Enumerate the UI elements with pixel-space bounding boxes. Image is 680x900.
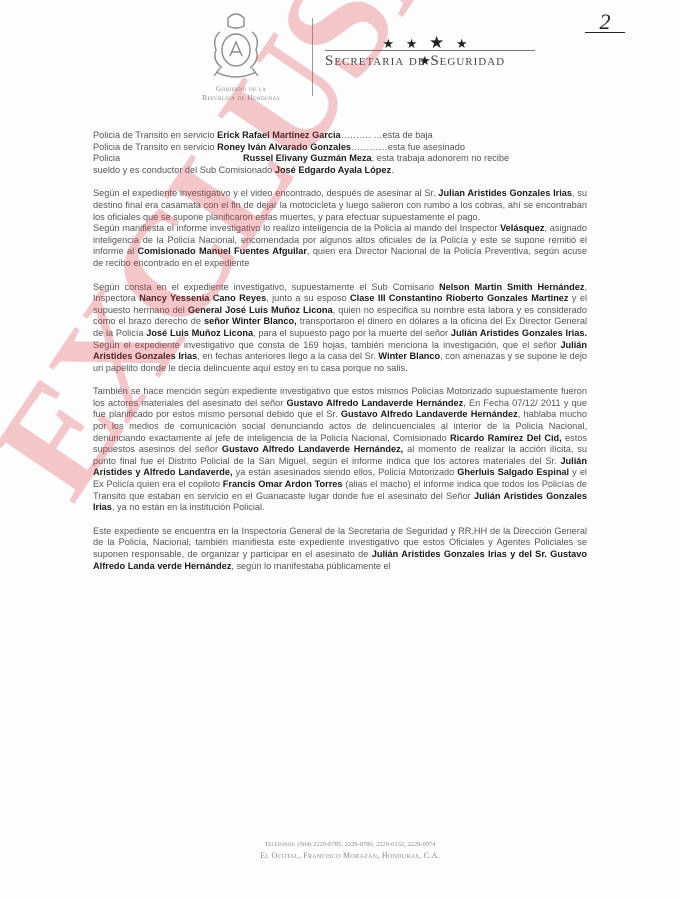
footer-phones: Teléfonos: (504) 2229-0785, 2229-0786, 2… bbox=[180, 840, 520, 850]
paragraph: Este expediente se encuentra en la Inspe… bbox=[93, 526, 587, 572]
officer-list-item: Policia de Transito en servicio Roney Iv… bbox=[93, 142, 587, 154]
crest-caption-line2: República de Honduras bbox=[186, 93, 296, 102]
honduras-coat-of-arms-icon bbox=[206, 10, 266, 82]
footer: Teléfonos: (504) 2229-0785, 2229-0786, 2… bbox=[180, 840, 520, 862]
page-number: 2 bbox=[585, 12, 625, 33]
agency-title: Secretaria de Seguridad bbox=[325, 53, 540, 70]
officer-list-item: Policia de Transito en servicio Erick Ra… bbox=[93, 130, 587, 142]
footer-address: El Ocotal, Francisco Morazán, Honduras, … bbox=[180, 850, 520, 862]
document-body: Policia de Transito en servicio Erick Ra… bbox=[93, 130, 587, 584]
header-divider bbox=[312, 18, 313, 96]
officer-list-item: sueldo y es conductor del Sub Comisionad… bbox=[93, 165, 587, 177]
header-rule bbox=[325, 50, 535, 51]
crest-caption-line1: Gobierno de la bbox=[186, 84, 296, 93]
paragraph: También se hace mención según expediente… bbox=[93, 386, 587, 514]
paragraph: Según consta en el expediente investigat… bbox=[93, 282, 587, 375]
paragraph: Según manifiesta el informe investigativ… bbox=[93, 223, 587, 269]
document-page: Gobierno de la República de Honduras ★ ★… bbox=[0, 0, 680, 900]
paragraph: Según el expediente investigativo y el v… bbox=[93, 188, 587, 223]
officer-list-item: PoliciaRussel Elivany Guzmán Meza, esta … bbox=[93, 153, 587, 165]
crest-caption: Gobierno de la República de Honduras bbox=[186, 84, 296, 102]
officer-list: Policia de Transito en servicio Erick Ra… bbox=[93, 130, 587, 176]
